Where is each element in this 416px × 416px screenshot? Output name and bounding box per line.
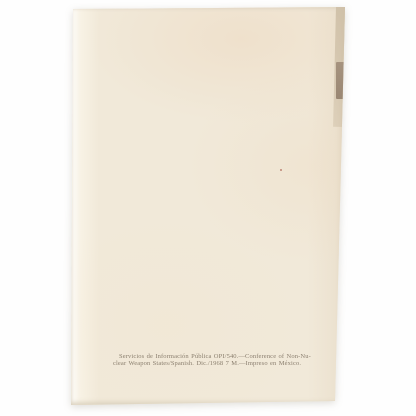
imprint-line-2: clear Weapon States/Spanish. Dic./1968 7…	[113, 360, 301, 367]
imprint-line-1: Servicios de Información Pública OPI/540…	[119, 353, 311, 360]
scanned-page: Servicios de Información Pública OPI/540…	[71, 7, 346, 405]
page-edge-dark-mark	[336, 62, 345, 99]
page-shadow: Servicios de Información Pública OPI/540…	[0, 0, 416, 416]
scan-background: Servicios de Información Pública OPI/540…	[0, 0, 416, 416]
paper-speck	[280, 169, 282, 171]
